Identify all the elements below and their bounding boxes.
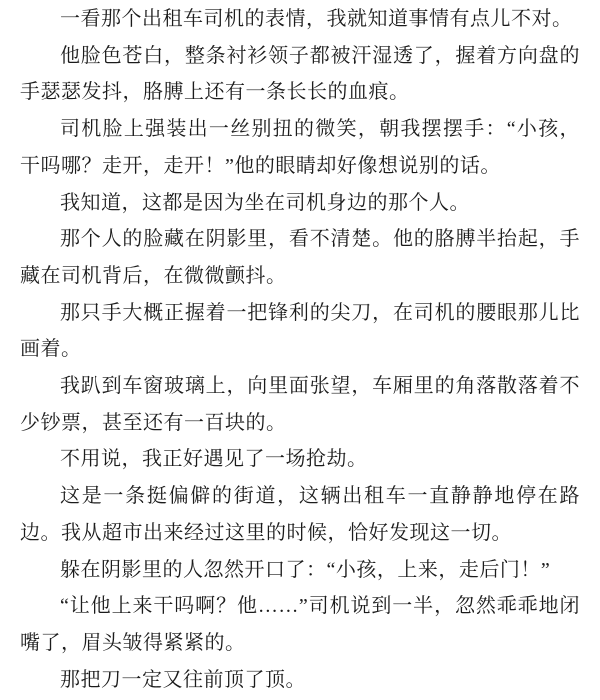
story-paragraph: 那只手大概正握着一把锋利的尖刀，在司机的腰眼那儿比画着。 [20,295,580,368]
story-paragraph: 不用说，我正好遇见了一场抢劫。 [20,441,580,478]
story-paragraph: 司机脸上强装出一丝别扭的微笑，朝我摆摆手：“小孩，干吗哪？走开，走开！”他的眼睛… [20,111,580,184]
story-paragraph: 这是一条挺偏僻的街道，这辆出租车一直静静地停在路边。我从超市出来经过这里的时候，… [20,478,580,551]
story-paragraph: 躲在阴影里的人忽然开口了：“小孩，上来，走后门！” [20,552,580,589]
story-paragraph: 那个人的脸藏在阴影里，看不清楚。他的胳膊半抬起，手藏在司机背后，在微微颤抖。 [20,221,580,294]
story-page: 一看那个出租车司机的表情，我就知道事情有点儿不对。 他脸色苍白，整条衬衫领子都被… [0,0,600,700]
story-paragraph: 他脸色苍白，整条衬衫领子都被汗湿透了，握着方向盘的手瑟瑟发抖，胳膊上还有一条长长… [20,38,580,111]
story-paragraph: 我趴到车窗玻璃上，向里面张望，车厢里的角落散落着不少钞票，甚至还有一百块的。 [20,368,580,441]
story-paragraph: “让他上来干吗啊？他……”司机说到一半，忽然乖乖地闭嘴了，眉头皱得紧紧的。 [20,588,580,661]
story-paragraph: 那把刀一定又往前顶了顶。 [20,662,580,699]
story-paragraph: 我知道，这都是因为坐在司机身边的那个人。 [20,185,580,222]
story-paragraph: 一看那个出租车司机的表情，我就知道事情有点儿不对。 [20,1,580,38]
